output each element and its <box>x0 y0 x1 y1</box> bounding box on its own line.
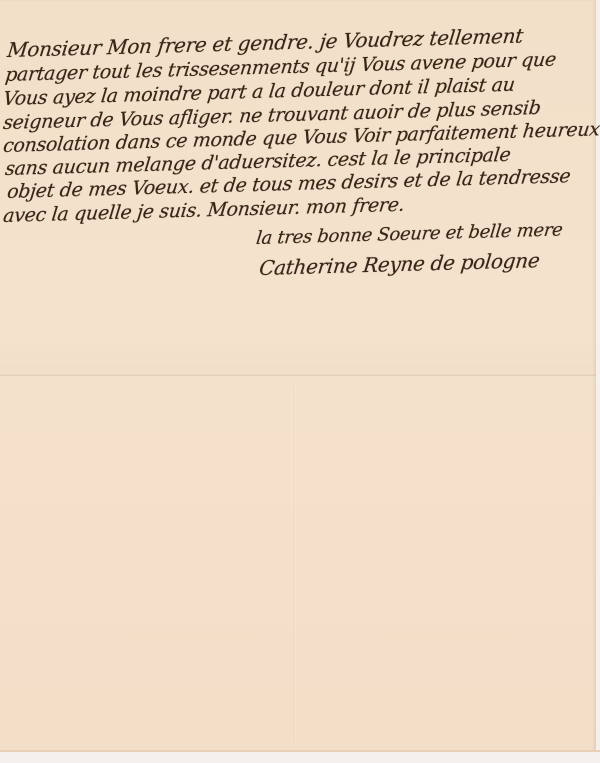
horizontal-fold-line <box>0 374 596 377</box>
vertical-fold-line <box>294 380 296 752</box>
letter-signature: Catherine Reyne de pologne <box>258 248 541 280</box>
letter-closing: la tres bonne Soeure et belle mere <box>255 219 564 249</box>
sheet-bottom-edge <box>0 750 600 752</box>
letter-sheet: Monsieur Mon frere et gendre. je Voudrez… <box>0 0 596 752</box>
